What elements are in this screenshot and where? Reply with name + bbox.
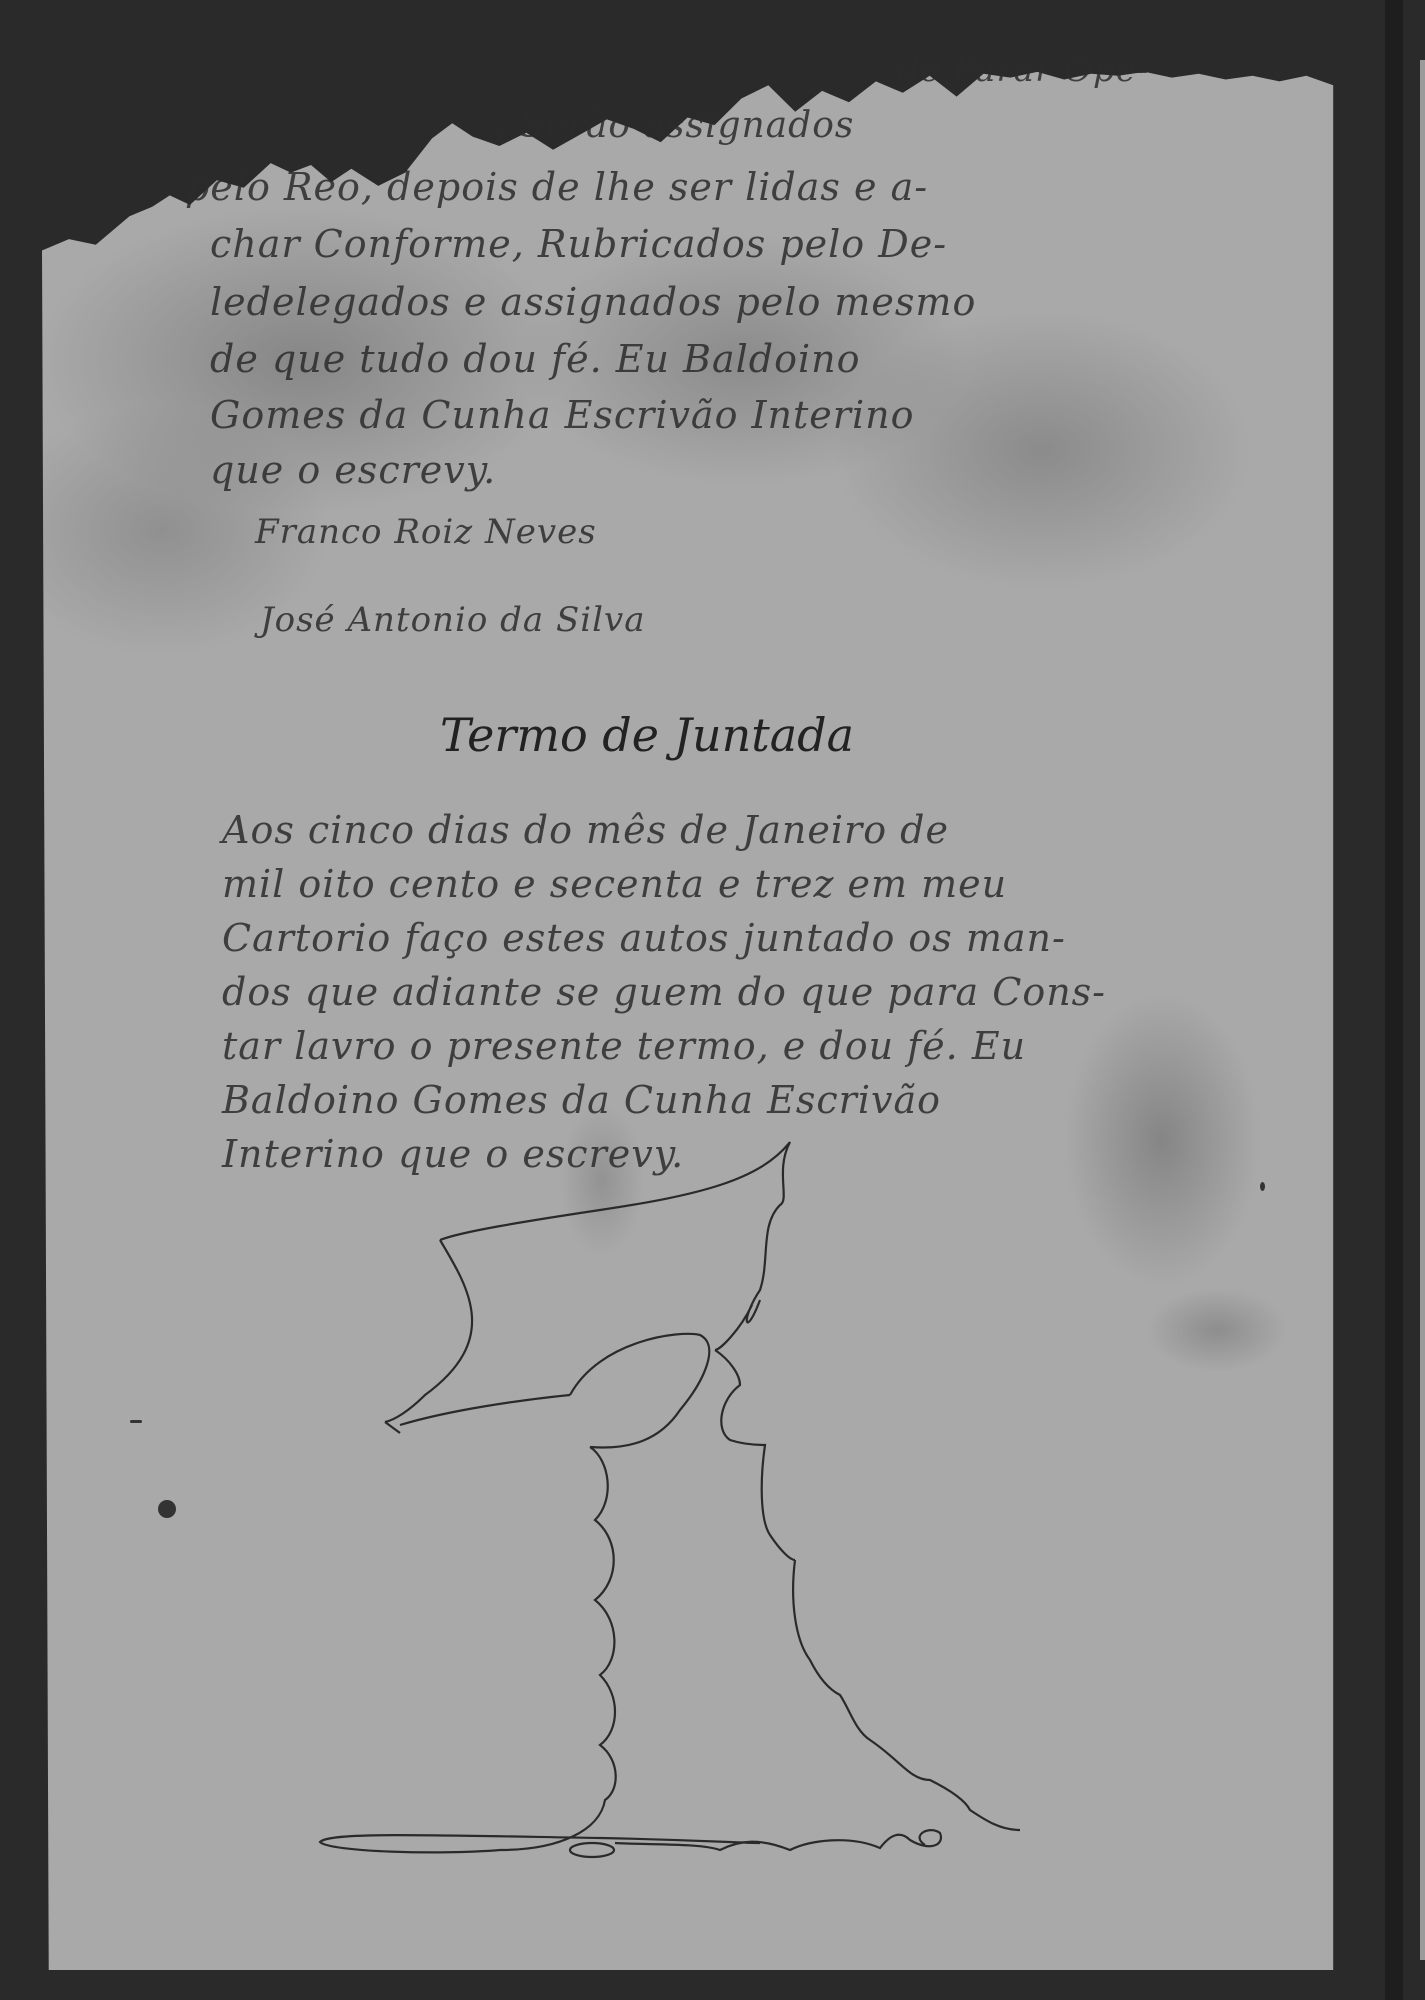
ink-dot — [1260, 1182, 1265, 1191]
text-line: pelo Réo, depois de lhe ser lidas e a- — [185, 165, 928, 209]
text-line: Aos cinco dias do mês de Janeiro de — [222, 808, 949, 852]
adjacent-page-edge — [1420, 60, 1425, 1960]
text-line: de que tudo dou fé. Eu Baldoino — [210, 337, 861, 381]
text-line: ... de Parar Ope- — [850, 50, 1149, 90]
text-line: ... Serão assignados — [470, 105, 854, 146]
text-line: Cartorio faço estes autos juntado os man… — [222, 916, 1066, 960]
text-line: Interino que o escrevy. — [222, 1132, 684, 1176]
ink-blot — [158, 1500, 176, 1518]
signature-jose-antonio: José Antonio da Silva — [260, 600, 645, 640]
text-line: tar lavro o presente termo, e dou fé. Eu — [222, 1024, 1026, 1068]
text-line: char Conforme, Rubricados pelo De- — [210, 222, 947, 266]
text-line: dos que adiante se guem do que para Cons… — [222, 970, 1106, 1014]
section-title: Termo de Juntada — [440, 708, 854, 762]
text-line: ledelegados e assignados pelo mesmo — [210, 280, 976, 324]
text-line: Gomes da Cunha Escrivão Interino — [210, 393, 914, 437]
text-line: Baldoino Gomes da Cunha Escrivão — [222, 1078, 941, 1122]
text-line: que o escrevy. — [210, 448, 496, 492]
page-divider-shadow — [1385, 0, 1403, 2000]
text-line: mil oito cento e secenta e trez em meu — [222, 862, 1007, 906]
ink-mark — [130, 1420, 142, 1423]
signature-francisco: Franco Roiz Neves — [255, 512, 597, 552]
